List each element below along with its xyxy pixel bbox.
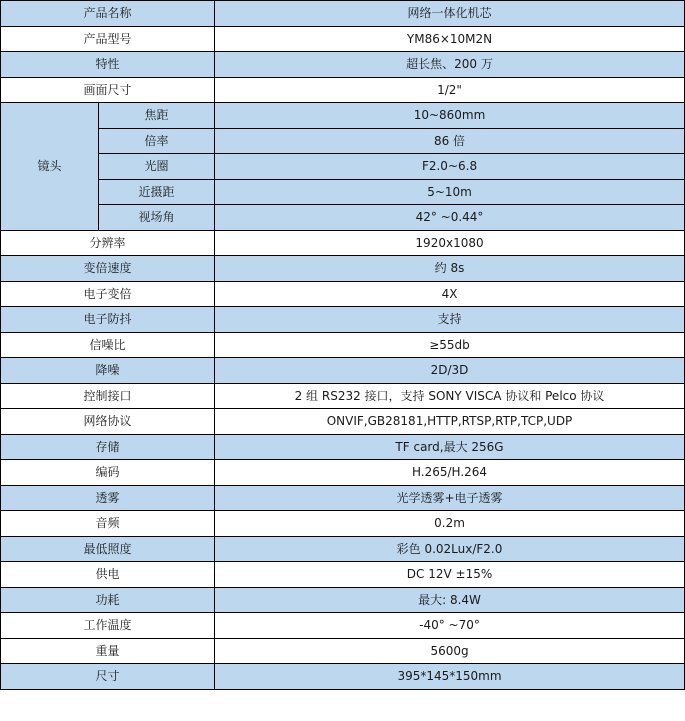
spec-row-product-name: 产品名称 网络一体化机芯	[1, 1, 685, 27]
spec-label: 分辨率	[1, 230, 215, 256]
spec-label: 电子变倍	[1, 281, 215, 307]
spec-row-weight: 重量 5600g	[1, 638, 685, 664]
spec-row-lens-fov: 视场角 42° ~0.44°	[1, 205, 685, 231]
spec-label: 编码	[1, 460, 215, 486]
spec-label: 变倍速度	[1, 256, 215, 282]
spec-label: 功耗	[1, 587, 215, 613]
spec-label: 供电	[1, 562, 215, 588]
spec-label: 网络协议	[1, 409, 215, 435]
spec-value: ONVIF,GB28181,HTTP,RTSP,RTP,TCP,UDP	[215, 409, 685, 435]
spec-row-min-illumination: 最低照度 彩色 0.02Lux/F2.0	[1, 536, 685, 562]
spec-row-audio: 音频 0.2m	[1, 511, 685, 537]
spec-row-power-supply: 供电 DC 12V ±15%	[1, 562, 685, 588]
spec-value: 5~10m	[215, 179, 685, 205]
spec-row-defog: 透雾 光学透雾+电子透雾	[1, 485, 685, 511]
spec-value: 5600g	[215, 638, 685, 664]
spec-sublabel: 视场角	[99, 205, 215, 231]
spec-row-lens-zoom: 倍率 86 倍	[1, 128, 685, 154]
spec-label: 特性	[1, 52, 215, 78]
spec-table-body: 产品名称 网络一体化机芯 产品型号 YM86×10M2N 特性 超长焦、200 …	[1, 1, 685, 690]
spec-value: 1920x1080	[215, 230, 685, 256]
spec-label: 信噪比	[1, 332, 215, 358]
spec-value: H.265/H.264	[215, 460, 685, 486]
lens-group-label: 镜头	[1, 103, 99, 231]
spec-label: 透雾	[1, 485, 215, 511]
spec-value: 2D/3D	[215, 358, 685, 384]
spec-value: ≥55db	[215, 332, 685, 358]
spec-label: 产品名称	[1, 1, 215, 27]
spec-value: 超长焦、200 万	[215, 52, 685, 78]
spec-value: -40° ~70°	[215, 613, 685, 639]
spec-value: 1/2"	[215, 77, 685, 103]
spec-label: 尺寸	[1, 664, 215, 690]
spec-label: 产品型号	[1, 26, 215, 52]
spec-table: 产品名称 网络一体化机芯 产品型号 YM86×10M2N 特性 超长焦、200 …	[0, 0, 685, 690]
spec-label: 画面尺寸	[1, 77, 215, 103]
spec-sublabel: 光圈	[99, 154, 215, 180]
spec-value: 支持	[215, 307, 685, 333]
spec-label: 存储	[1, 434, 215, 460]
spec-row-encoding: 编码 H.265/H.264	[1, 460, 685, 486]
spec-value: TF card,最大 256G	[215, 434, 685, 460]
spec-value: DC 12V ±15%	[215, 562, 685, 588]
spec-value: F2.0~6.8	[215, 154, 685, 180]
spec-row-features: 特性 超长焦、200 万	[1, 52, 685, 78]
spec-row-network-protocol: 网络协议 ONVIF,GB28181,HTTP,RTSP,RTP,TCP,UDP	[1, 409, 685, 435]
spec-row-operating-temp: 工作温度 -40° ~70°	[1, 613, 685, 639]
spec-label: 工作温度	[1, 613, 215, 639]
spec-value: 0.2m	[215, 511, 685, 537]
spec-row-snr: 信噪比 ≥55db	[1, 332, 685, 358]
spec-value: 42° ~0.44°	[215, 205, 685, 231]
spec-row-lens-focal: 镜头 焦距 10~860mm	[1, 103, 685, 129]
spec-row-control-interface: 控制接口 2 组 RS232 接口，支持 SONY VISCA 协议和 Pelc…	[1, 383, 685, 409]
spec-row-dimensions: 尺寸 395*145*150mm	[1, 664, 685, 690]
spec-value: 最大: 8.4W	[215, 587, 685, 613]
spec-value: 约 8s	[215, 256, 685, 282]
spec-label: 控制接口	[1, 383, 215, 409]
spec-row-digital-zoom: 电子变倍 4X	[1, 281, 685, 307]
spec-row-model: 产品型号 YM86×10M2N	[1, 26, 685, 52]
spec-label: 音频	[1, 511, 215, 537]
spec-row-power-consumption: 功耗 最大: 8.4W	[1, 587, 685, 613]
spec-value: 网络一体化机芯	[215, 1, 685, 27]
spec-label: 最低照度	[1, 536, 215, 562]
spec-value: 86 倍	[215, 128, 685, 154]
spec-row-zoom-speed: 变倍速度 约 8s	[1, 256, 685, 282]
spec-row-sensor-size: 画面尺寸 1/2"	[1, 77, 685, 103]
spec-value: 4X	[215, 281, 685, 307]
spec-value: 395*145*150mm	[215, 664, 685, 690]
spec-value: 彩色 0.02Lux/F2.0	[215, 536, 685, 562]
spec-value: YM86×10M2N	[215, 26, 685, 52]
spec-row-storage: 存储 TF card,最大 256G	[1, 434, 685, 460]
spec-label: 重量	[1, 638, 215, 664]
spec-value: 10~860mm	[215, 103, 685, 129]
spec-label: 降噪	[1, 358, 215, 384]
spec-sublabel: 倍率	[99, 128, 215, 154]
spec-sublabel: 焦距	[99, 103, 215, 129]
spec-sublabel: 近摄距	[99, 179, 215, 205]
spec-row-lens-aperture: 光圈 F2.0~6.8	[1, 154, 685, 180]
spec-row-eis: 电子防抖 支持	[1, 307, 685, 333]
spec-value: 光学透雾+电子透雾	[215, 485, 685, 511]
spec-row-lens-min-distance: 近摄距 5~10m	[1, 179, 685, 205]
spec-row-resolution: 分辨率 1920x1080	[1, 230, 685, 256]
spec-value: 2 组 RS232 接口，支持 SONY VISCA 协议和 Pelco 协议	[215, 383, 685, 409]
spec-label: 电子防抖	[1, 307, 215, 333]
spec-row-noise-reduction: 降噪 2D/3D	[1, 358, 685, 384]
